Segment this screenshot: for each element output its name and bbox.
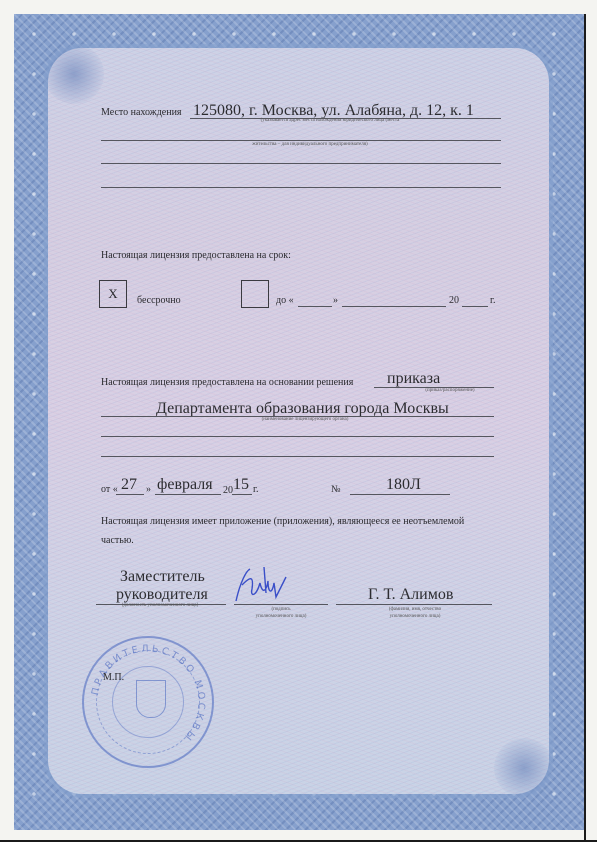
checkbox-unlimited[interactable]: X xyxy=(99,280,127,308)
date-year: 15 xyxy=(233,476,249,494)
official-seal: ПРАВИТЕЛЬСТВО МОСКВЫ xyxy=(82,636,214,768)
quote-close: » xyxy=(146,484,151,495)
option-unlimited-label: бессрочно xyxy=(137,295,181,306)
term-label: Настоящая лицензия предоставлена на срок… xyxy=(101,250,291,261)
location-hint: жительства – для индивидуального предпри… xyxy=(200,142,420,148)
basis-hint: (приказ/распоряжение) xyxy=(400,388,500,394)
quote-close: » xyxy=(333,295,338,306)
year-suffix: г. xyxy=(253,484,258,495)
number-label: № xyxy=(331,484,341,495)
name-hint: (фамилия, имя, отчество xyxy=(360,607,470,613)
authority-hint: (наименование лицензирующего органа) xyxy=(240,417,370,423)
signature-hint: уполномоченного лица) xyxy=(240,614,322,620)
corner-ornament xyxy=(44,44,104,104)
moscow-emblem-icon xyxy=(136,680,166,718)
date-day: 27 xyxy=(121,476,137,494)
signer-name: Г. Т. Алимов xyxy=(368,586,453,604)
signer-position: Заместитель xyxy=(120,568,205,586)
signature xyxy=(228,563,308,607)
location-hint: (указывается адрес места нахождения юрид… xyxy=(230,118,430,124)
date-month: февраля xyxy=(157,476,213,494)
year-prefix: 20 xyxy=(449,295,459,306)
corner-ornament xyxy=(494,738,554,798)
checkbox-until-date[interactable] xyxy=(241,280,269,308)
stamp-outer-text: ПРАВИТЕЛЬСТВО МОСКВЫ xyxy=(90,643,207,744)
basis-value: приказа xyxy=(387,370,440,388)
signature-hint: (подпись xyxy=(240,607,322,613)
name-hint: уполномоченного лица) xyxy=(360,614,470,620)
number-value: 180Л xyxy=(386,476,421,494)
position-hint: (должность уполномоченного лица) xyxy=(100,603,220,609)
location-label: Место нахождения xyxy=(101,107,182,118)
appendix-text: частью. xyxy=(101,535,134,546)
appendix-text: Настоящая лицензия имеет приложение (при… xyxy=(101,516,464,527)
year-suffix: г. xyxy=(490,295,495,306)
seal-label: М.П. xyxy=(103,672,124,683)
signer-position: руководителя xyxy=(116,586,208,604)
svg-text:ПРАВИТЕЛЬСТВО МОСКВЫ: ПРАВИТЕЛЬСТВО МОСКВЫ xyxy=(90,643,207,744)
basis-label: Настоящая лицензия предоставлена на осно… xyxy=(101,377,353,388)
option-until-label: до « xyxy=(276,295,294,306)
